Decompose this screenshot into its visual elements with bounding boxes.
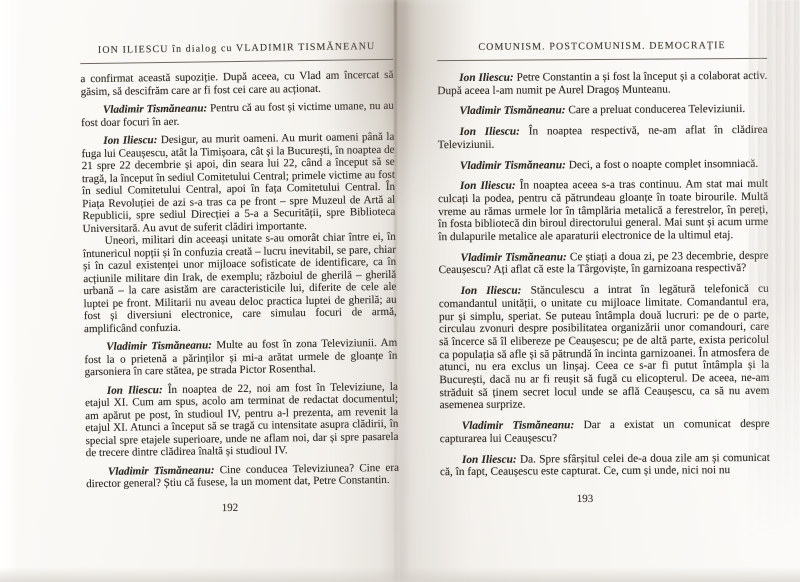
- binding-gutter-line: [394, 0, 397, 582]
- dialogue-paragraph: Vladimir Tismăneanu: Ce știați a doua zi…: [438, 250, 768, 278]
- dialogue-paragraph: Vladimir Tismăneanu: Dar a existat un co…: [440, 418, 770, 446]
- book-scan: ION ILIESCU în dialog cu VLADIMIR TISMĂN…: [0, 0, 800, 582]
- bottom-scan-shadow: [0, 567, 800, 582]
- dialogue-paragraph: Ion Iliescu: În noaptea aceea s-a tras c…: [438, 178, 768, 244]
- speaker-name: Ion Iliescu:: [461, 285, 531, 297]
- speaker-name: Ion Iliescu:: [462, 453, 520, 465]
- dialogue-paragraph: Ion Iliescu: Stănculescu a intrat în leg…: [439, 283, 770, 412]
- speaker-name: Vladimir Tismăneanu:: [103, 102, 210, 115]
- dialogue-paragraph: Vladimir Tismăneanu: Deci, a fost o noap…: [438, 157, 768, 172]
- dialogue-paragraph: Ion Iliescu: Petre Constantin a și fost …: [437, 70, 767, 98]
- left-scan-edge: [0, 0, 18, 582]
- speaker-name: Vladimir Tismăneanu:: [462, 419, 584, 432]
- speaker-name: Vladimir Tismăneanu:: [108, 464, 220, 478]
- dialogue-paragraph: Vladimir Tismăneanu: Care a preluat cond…: [437, 103, 767, 118]
- right-page: COMUNISM. POSTCOMUNISM. DEMOCRAȚIE Ion I…: [437, 39, 770, 479]
- dialogue-paragraph: Ion Iliescu: Da. Spre sfârșitul celei de…: [440, 451, 770, 479]
- binding-gutter-top-shadow: [318, 0, 482, 210]
- speaker-name: Ion Iliescu:: [107, 383, 168, 396]
- speaker-name: Vladimir Tismăneanu:: [106, 339, 216, 353]
- right-page-body: Ion Iliescu: Petre Constantin a și fost …: [437, 70, 770, 479]
- speaker-name: Ion Iliescu:: [103, 134, 161, 147]
- speaker-name: Vladimir Tismăneanu:: [460, 251, 569, 264]
- right-header-rule: [437, 58, 767, 61]
- dialogue-paragraph: Ion Iliescu: În noaptea respectivă, ne-a…: [438, 124, 768, 152]
- right-running-header: COMUNISM. POSTCOMUNISM. DEMOCRAȚIE: [437, 39, 767, 54]
- fore-edge-page-streaks: [746, 0, 800, 582]
